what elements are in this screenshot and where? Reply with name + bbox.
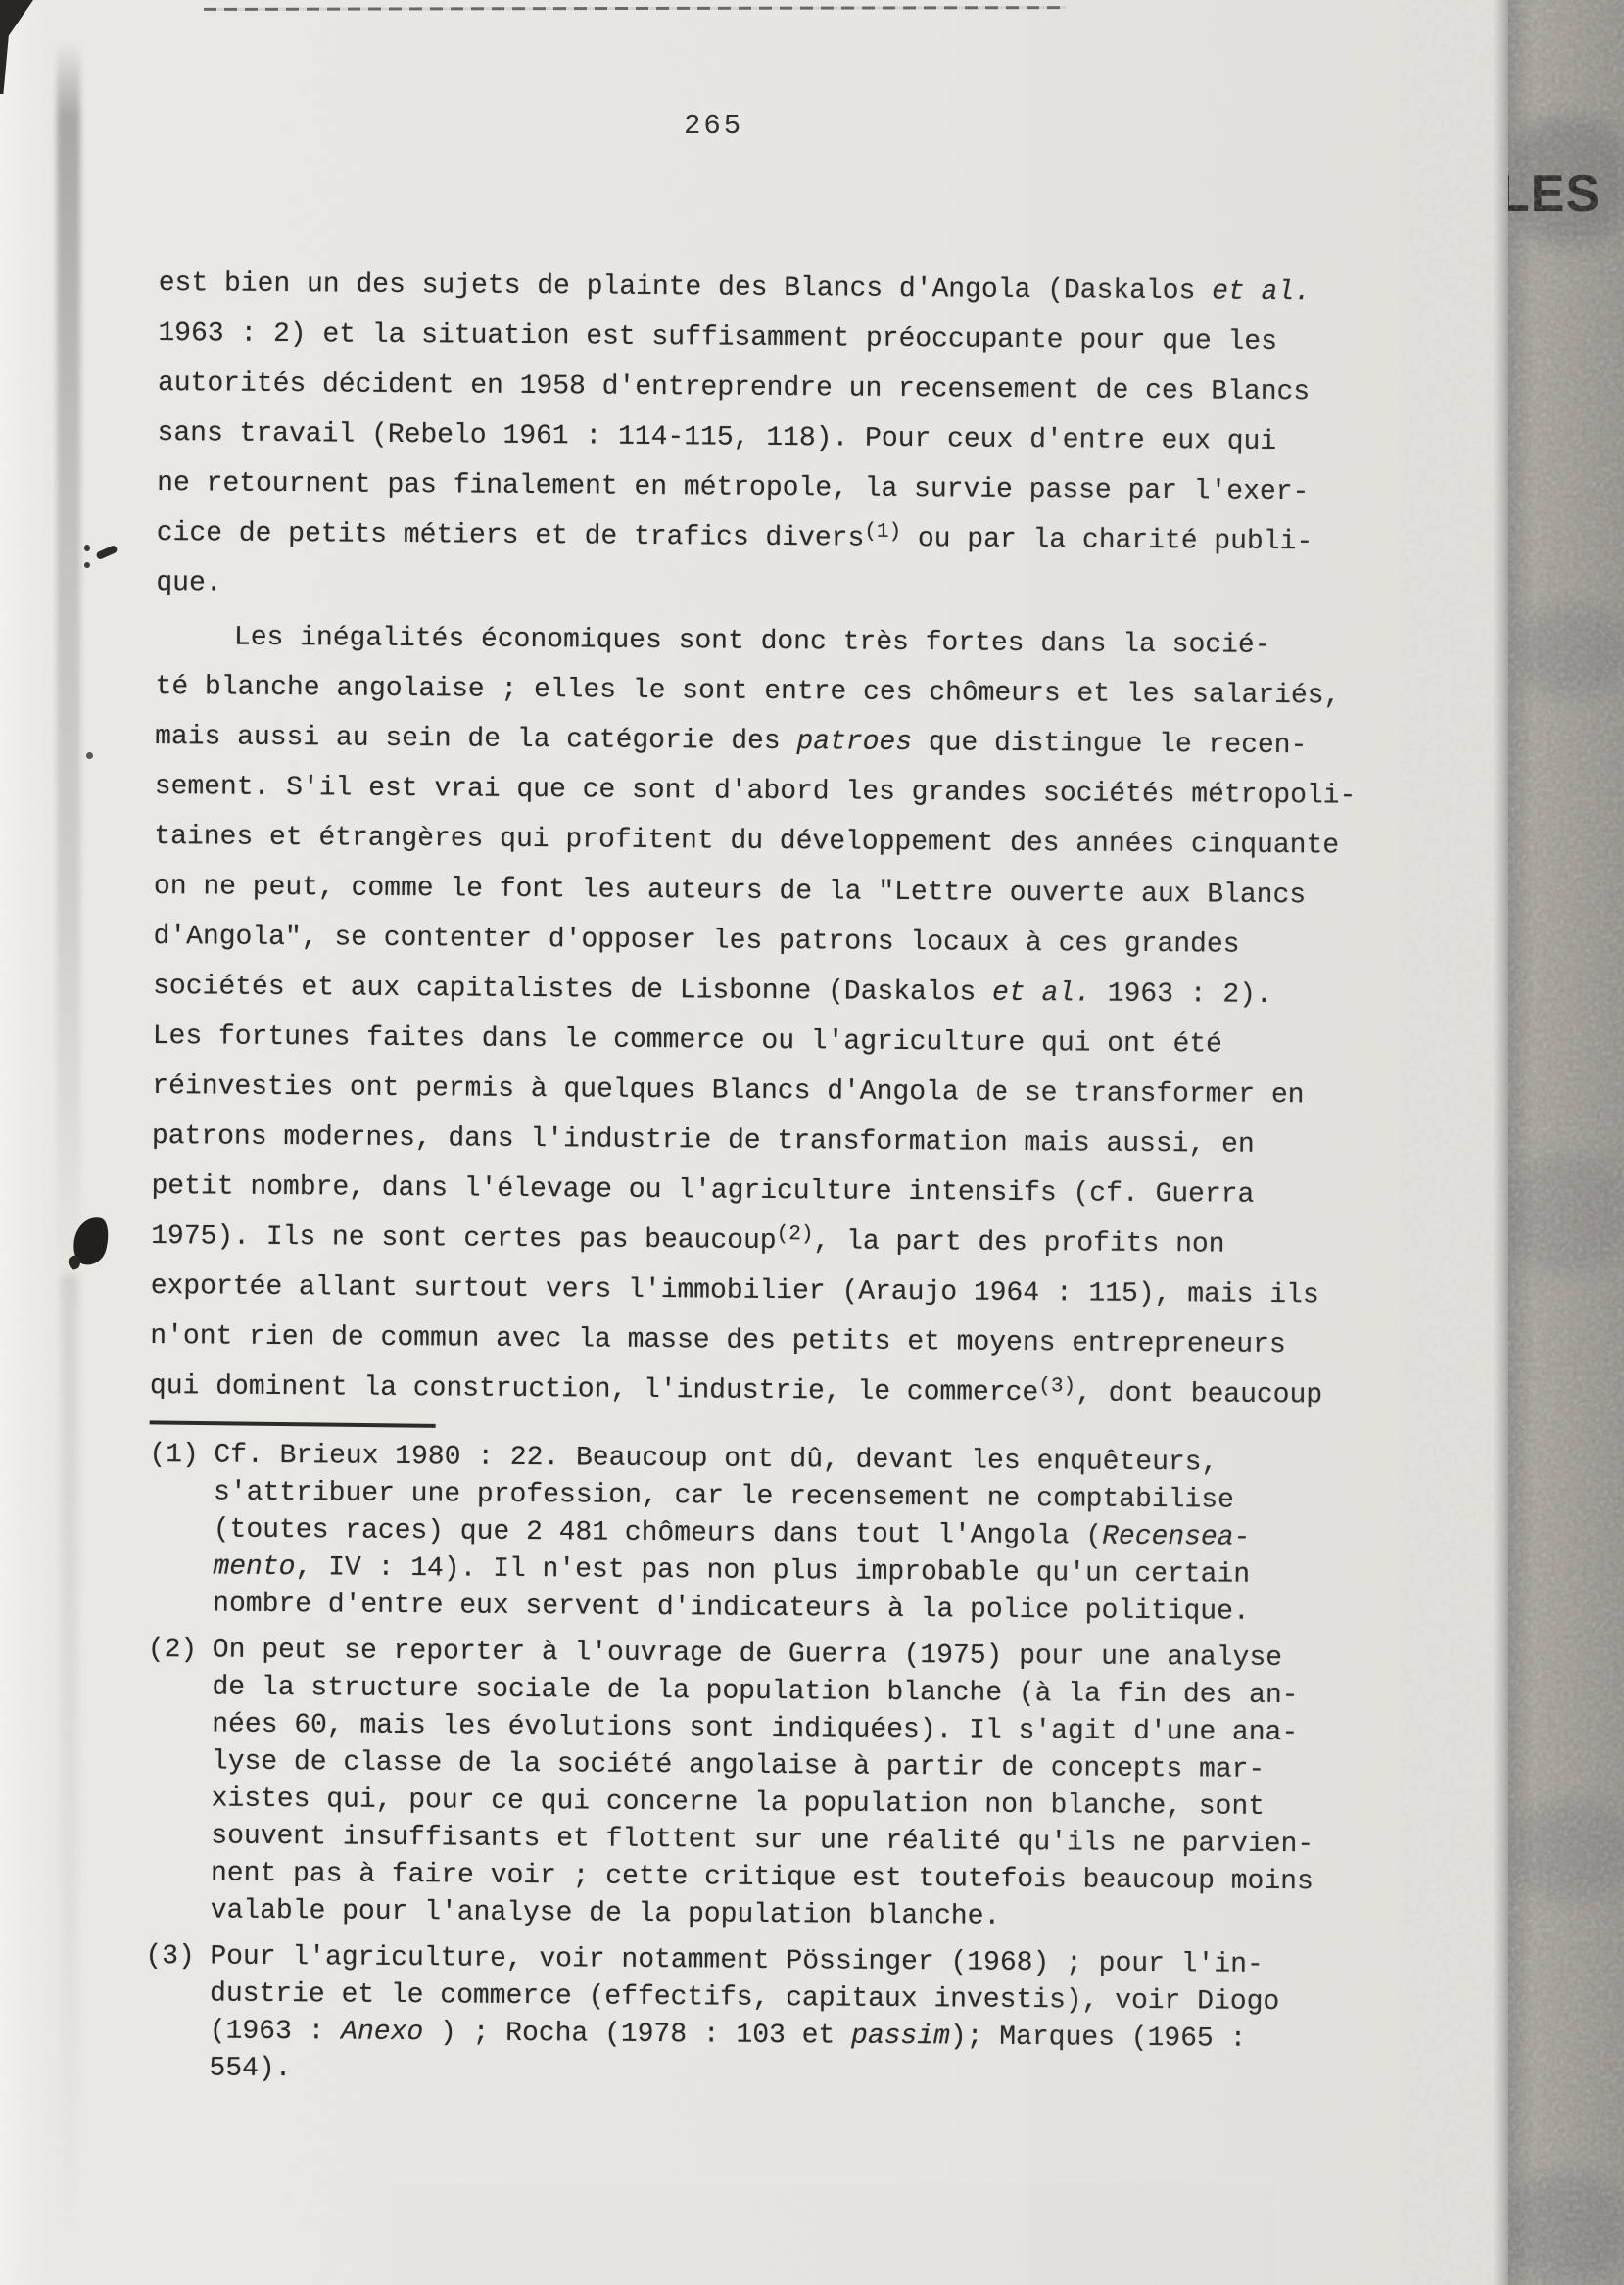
- paragraph: est bien un des sujets de plainte des Bl…: [156, 259, 1427, 618]
- ink-smudge: [86, 752, 93, 759]
- text-line: cice de petits métiers et de trafics div…: [157, 508, 1425, 568]
- ink-smudge: [84, 545, 90, 551]
- text-line: que.: [156, 558, 1424, 618]
- body-text: est bien un des sujets de plainte des Bl…: [150, 259, 1427, 1421]
- band-smudge: [1508, 2174, 1624, 2285]
- footnote-marker: (3): [145, 1938, 195, 1976]
- footnote-separator: [150, 1420, 436, 1428]
- page-text: est bien un des sujets de plainte des Bl…: [144, 259, 1427, 2106]
- scan-smudge-streak: [57, 41, 80, 1314]
- footnote: (2)On peut se reporter à l'ouvrage de Gu…: [146, 1632, 1416, 1939]
- footnote-marker: (2): [148, 1632, 198, 1669]
- footnotes: (1)Cf. Brieux 1980 : 22. Beaucoup ont dû…: [144, 1437, 1417, 2097]
- page-left-edge: [0, 0, 47, 2285]
- text-line: qui dominent la construction, l'industri…: [150, 1361, 1418, 1421]
- page-number: 265: [684, 110, 743, 142]
- footnote: (1)Cf. Brieux 1980 : 22. Beaucoup ont dû…: [148, 1437, 1417, 1633]
- scan-top-edge-line: [204, 6, 1066, 11]
- ink-smudge: [84, 562, 90, 568]
- band-shading: [1508, 0, 1624, 2285]
- margin-note: LES: [1508, 165, 1600, 223]
- ink-smudge: [95, 545, 118, 560]
- band-smudge: [1514, 1802, 1624, 1900]
- band-smudge: [1518, 607, 1624, 695]
- page-edge-shadow: [1493, 0, 1508, 2285]
- footnote-marker: (1): [149, 1437, 199, 1474]
- scan-smudge-streak: [61, 1273, 78, 2233]
- scanned-page: 265 est bien un des sujets de plainte de…: [0, 0, 1624, 2285]
- band-smudge: [1508, 1156, 1624, 1273]
- footnote: (3)Pour l'agriculture, voir notamment Pö…: [144, 1938, 1413, 2097]
- paragraph: Les inégalités économiques sont donc trè…: [150, 612, 1424, 1421]
- adjacent-page-edge: LES: [1508, 0, 1624, 2285]
